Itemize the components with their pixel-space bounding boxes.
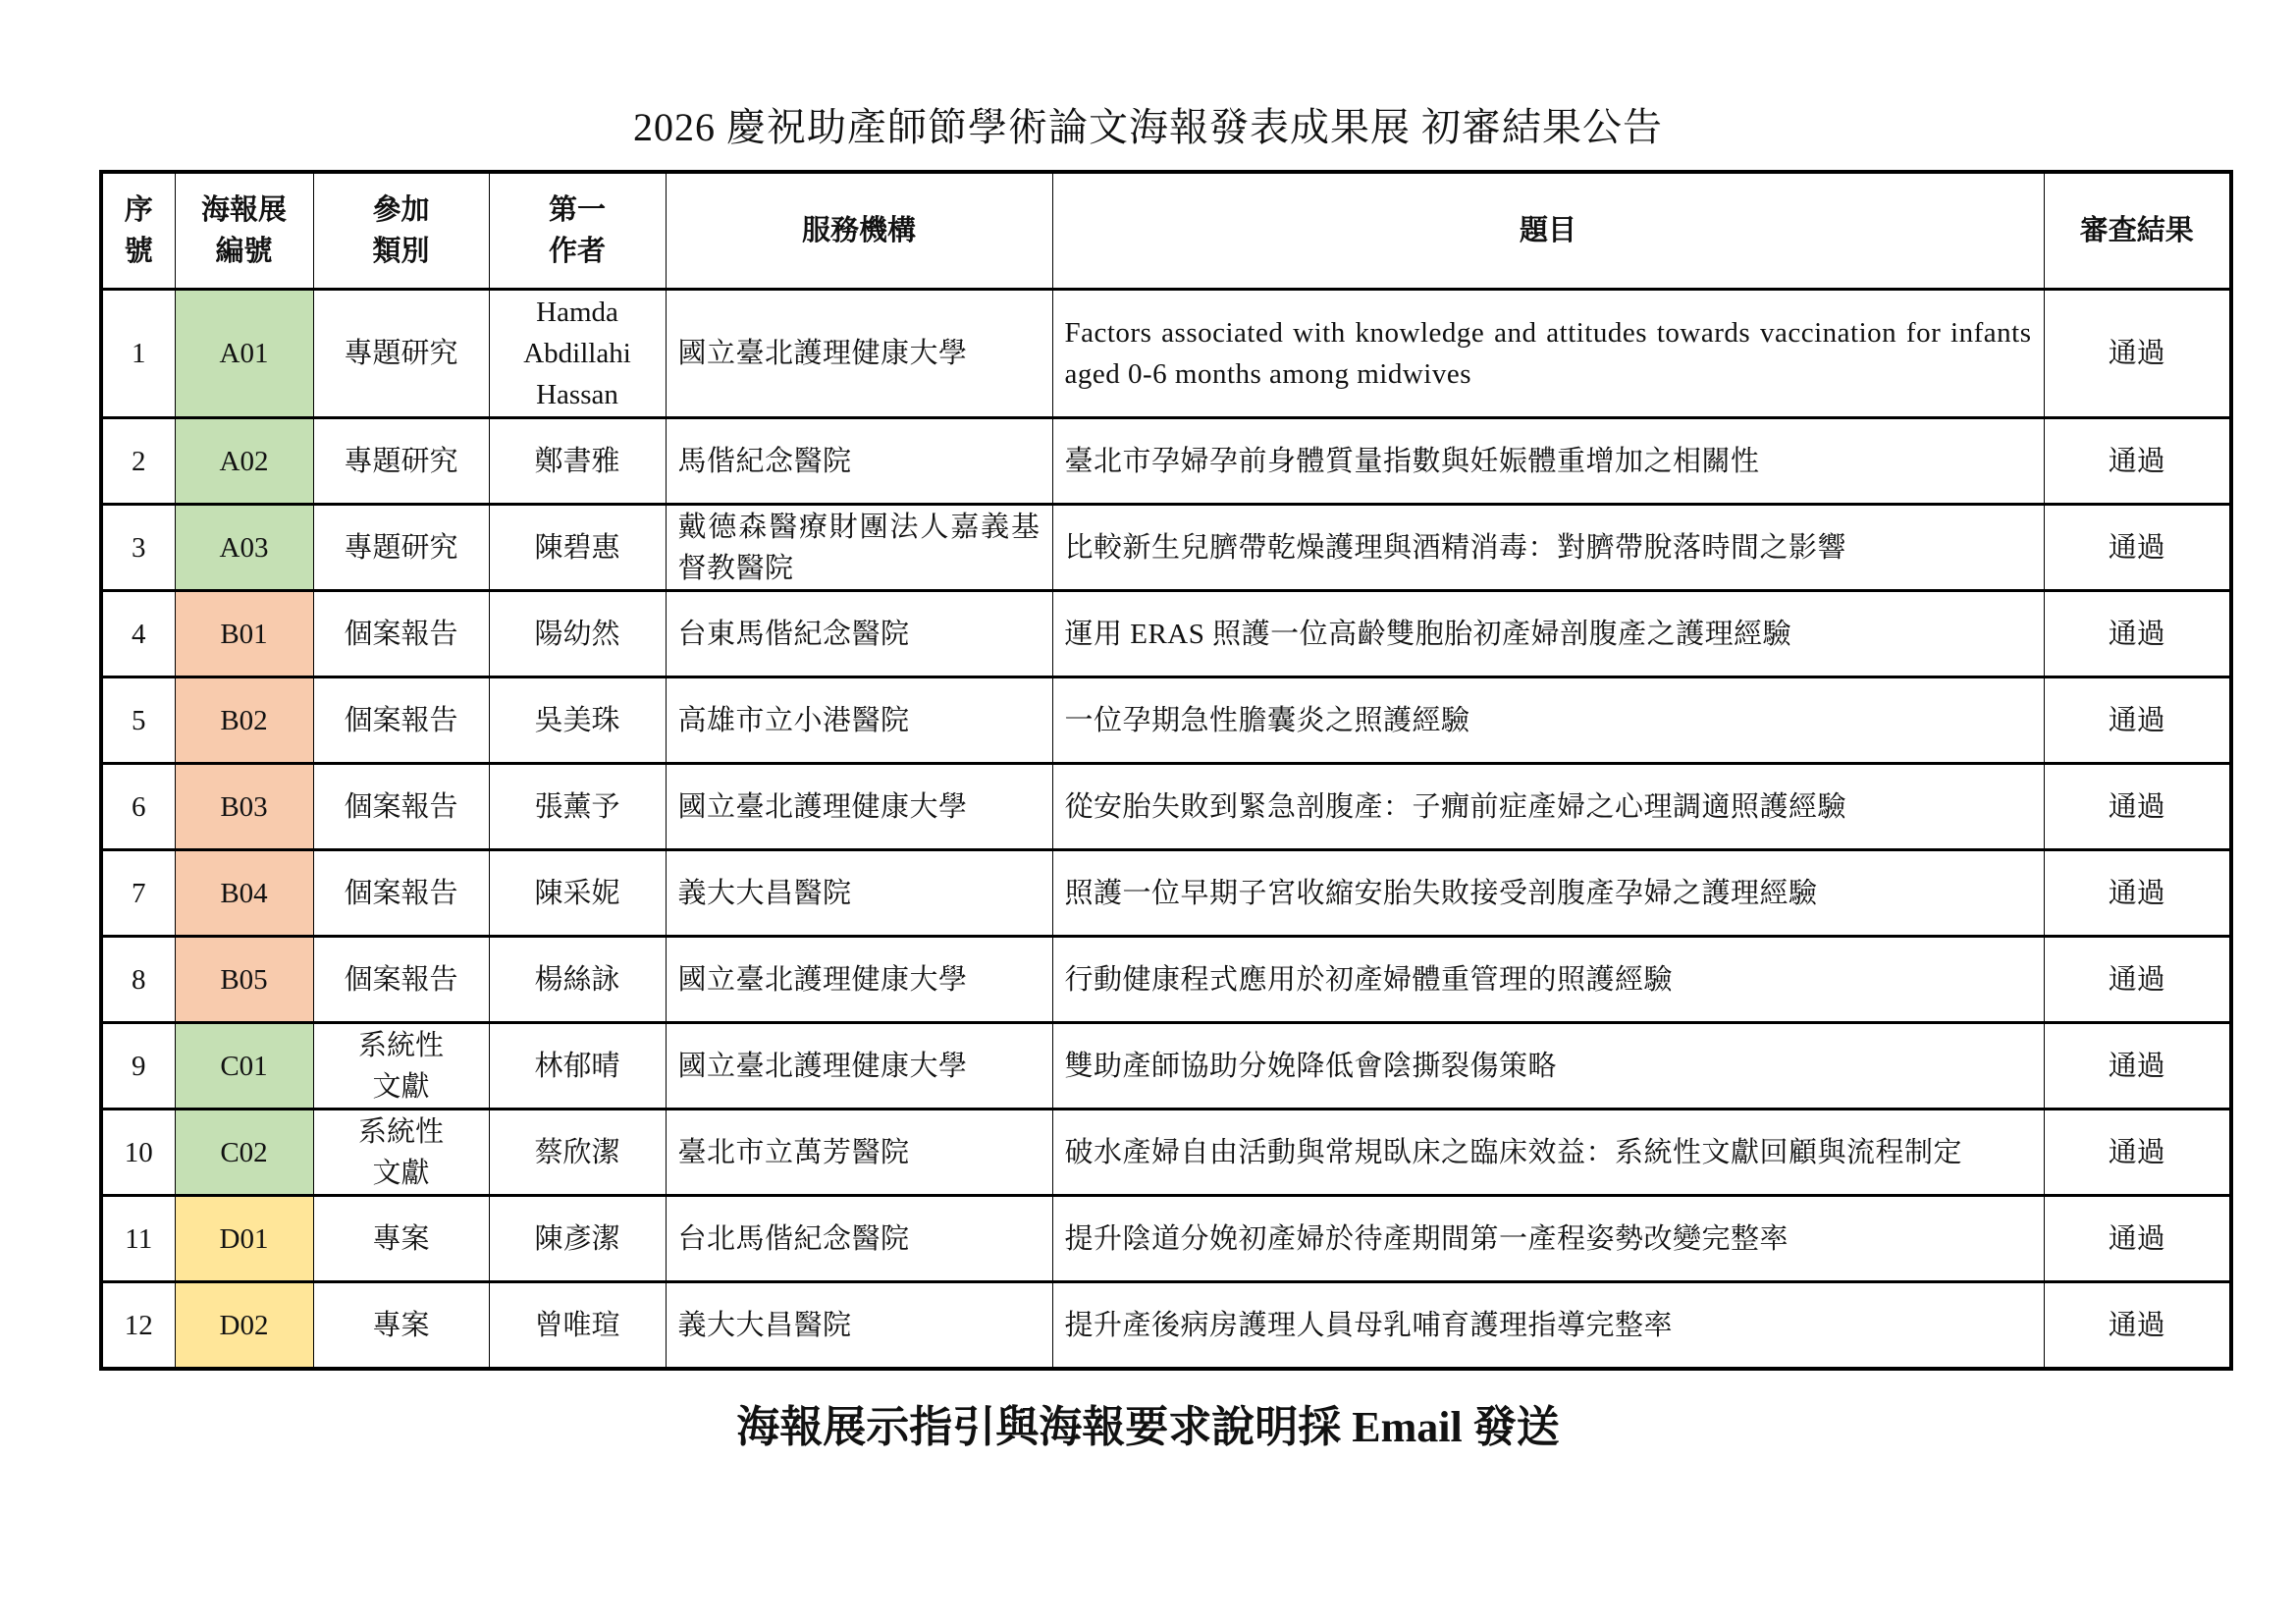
cell-seq: 12 [101, 1282, 175, 1370]
cell-result: 通過 [2044, 1023, 2231, 1110]
table-row: 10C02系統性文獻蔡欣潔臺北市立萬芳醫院破水產婦自由活動與常規臥床之臨床效益：… [101, 1110, 2231, 1196]
cell-first-author: 林郁晴 [489, 1023, 666, 1110]
table-body: 1A01專題研究Hamda Abdillahi Hassan國立臺北護理健康大學… [101, 290, 2231, 1370]
cell-institution: 戴德森醫療財團法人嘉義基督教醫院 [666, 505, 1052, 591]
cell-first-author: 張薰予 [489, 764, 666, 850]
cell-category: 個案報告 [313, 677, 489, 764]
cell-result: 通過 [2044, 1110, 2231, 1196]
cell-institution: 國立臺北護理健康大學 [666, 1023, 1052, 1110]
table-row: 9C01系統性文獻林郁晴國立臺北護理健康大學雙助產師協助分娩降低會陰撕裂傷策略通… [101, 1023, 2231, 1110]
cell-title: 提升陰道分娩初產婦於待產期間第一產程姿勢改變完整率 [1052, 1196, 2044, 1282]
cell-institution: 義大大昌醫院 [666, 1282, 1052, 1370]
cell-first-author: 蔡欣潔 [489, 1110, 666, 1196]
cell-first-author: 吳美珠 [489, 677, 666, 764]
cell-result: 通過 [2044, 850, 2231, 937]
cell-title: 運用 ERAS 照護一位高齡雙胞胎初產婦剖腹產之護理經驗 [1052, 591, 2044, 677]
cell-category: 個案報告 [313, 937, 489, 1023]
cell-title: 從安胎失敗到緊急剖腹產：子癇前症產婦之心理調適照護經驗 [1052, 764, 2044, 850]
cell-first-author: 楊絲詠 [489, 937, 666, 1023]
cell-first-author: 陳碧惠 [489, 505, 666, 591]
cell-result: 通過 [2044, 1282, 2231, 1370]
table-row: 3A03專題研究陳碧惠戴德森醫療財團法人嘉義基督教醫院比較新生兒臍帶乾燥護理與酒… [101, 505, 2231, 591]
review-results-table: 序 號 海報展 編號 參加 類別 第一 作者 服務機構 題目 審查結果 1A01… [99, 170, 2233, 1371]
table-row: 4B01個案報告陽幼然台東馬偕紀念醫院運用 ERAS 照護一位高齡雙胞胎初產婦剖… [101, 591, 2231, 677]
cell-category: 專題研究 [313, 505, 489, 591]
cell-institution: 台東馬偕紀念醫院 [666, 591, 1052, 677]
cell-poster-id: A03 [175, 505, 313, 591]
cell-first-author: 陳彥潔 [489, 1196, 666, 1282]
cell-first-author: 鄭書雅 [489, 418, 666, 505]
cell-result: 通過 [2044, 764, 2231, 850]
cell-poster-id: D02 [175, 1282, 313, 1370]
cell-category: 個案報告 [313, 591, 489, 677]
cell-first-author: 曾唯瑄 [489, 1282, 666, 1370]
cell-title: 破水產婦自由活動與常規臥床之臨床效益：系統性文獻回顧與流程制定 [1052, 1110, 2044, 1196]
cell-institution: 國立臺北護理健康大學 [666, 764, 1052, 850]
cell-title: 比較新生兒臍帶乾燥護理與酒精消毒：對臍帶脫落時間之影響 [1052, 505, 2044, 591]
cell-poster-id: C01 [175, 1023, 313, 1110]
cell-seq: 1 [101, 290, 175, 418]
cell-institution: 臺北市立萬芳醫院 [666, 1110, 1052, 1196]
header-result: 審查結果 [2044, 172, 2231, 290]
cell-poster-id: B02 [175, 677, 313, 764]
cell-result: 通過 [2044, 505, 2231, 591]
table-row: 2A02專題研究鄭書雅馬偕紀念醫院臺北市孕婦孕前身體質量指數與妊娠體重增加之相關… [101, 418, 2231, 505]
header-poster-id: 海報展 編號 [175, 172, 313, 290]
cell-result: 通過 [2044, 591, 2231, 677]
cell-poster-id: B01 [175, 591, 313, 677]
cell-seq: 5 [101, 677, 175, 764]
cell-title: 雙助產師協助分娩降低會陰撕裂傷策略 [1052, 1023, 2044, 1110]
cell-seq: 4 [101, 591, 175, 677]
cell-poster-id: B03 [175, 764, 313, 850]
table-header-row: 序 號 海報展 編號 參加 類別 第一 作者 服務機構 題目 審查結果 [101, 172, 2231, 290]
header-institution: 服務機構 [666, 172, 1052, 290]
cell-institution: 高雄市立小港醫院 [666, 677, 1052, 764]
table-row: 6B03個案報告張薰予國立臺北護理健康大學從安胎失敗到緊急剖腹產：子癇前症產婦之… [101, 764, 2231, 850]
cell-poster-id: B05 [175, 937, 313, 1023]
cell-institution: 國立臺北護理健康大學 [666, 290, 1052, 418]
cell-title: 臺北市孕婦孕前身體質量指數與妊娠體重增加之相關性 [1052, 418, 2044, 505]
cell-seq: 3 [101, 505, 175, 591]
cell-poster-id: D01 [175, 1196, 313, 1282]
cell-institution: 馬偕紀念醫院 [666, 418, 1052, 505]
cell-result: 通過 [2044, 418, 2231, 505]
cell-seq: 6 [101, 764, 175, 850]
cell-category: 個案報告 [313, 850, 489, 937]
header-category: 參加 類別 [313, 172, 489, 290]
cell-poster-id: A02 [175, 418, 313, 505]
cell-result: 通過 [2044, 937, 2231, 1023]
table-row: 5B02個案報告吳美珠高雄市立小港醫院一位孕期急性膽囊炎之照護經驗通過 [101, 677, 2231, 764]
cell-seq: 11 [101, 1196, 175, 1282]
header-first-author: 第一 作者 [489, 172, 666, 290]
table-row: 8B05個案報告楊絲詠國立臺北護理健康大學行動健康程式應用於初產婦體重管理的照護… [101, 937, 2231, 1023]
cell-title: 提升產後病房護理人員母乳哺育護理指導完整率 [1052, 1282, 2044, 1370]
header-seq: 序 號 [101, 172, 175, 290]
cell-category: 專案 [313, 1282, 489, 1370]
cell-result: 通過 [2044, 1196, 2231, 1282]
cell-category: 專題研究 [313, 290, 489, 418]
cell-category: 專題研究 [313, 418, 489, 505]
cell-institution: 國立臺北護理健康大學 [666, 937, 1052, 1023]
cell-title: 一位孕期急性膽囊炎之照護經驗 [1052, 677, 2044, 764]
cell-poster-id: B04 [175, 850, 313, 937]
cell-poster-id: A01 [175, 290, 313, 418]
cell-first-author: Hamda Abdillahi Hassan [489, 290, 666, 418]
cell-seq: 7 [101, 850, 175, 937]
header-title: 題目 [1052, 172, 2044, 290]
cell-category: 系統性文獻 [313, 1110, 489, 1196]
cell-seq: 10 [101, 1110, 175, 1196]
cell-title: 行動健康程式應用於初產婦體重管理的照護經驗 [1052, 937, 2044, 1023]
table-row: 11D01專案陳彥潔台北馬偕紀念醫院提升陰道分娩初產婦於待產期間第一產程姿勢改變… [101, 1196, 2231, 1282]
cell-institution: 義大大昌醫院 [666, 850, 1052, 937]
cell-first-author: 陳采妮 [489, 850, 666, 937]
cell-result: 通過 [2044, 290, 2231, 418]
cell-poster-id: C02 [175, 1110, 313, 1196]
cell-first-author: 陽幼然 [489, 591, 666, 677]
cell-seq: 8 [101, 937, 175, 1023]
cell-result: 通過 [2044, 677, 2231, 764]
table-row: 12D02專案曾唯瑄義大大昌醫院提升產後病房護理人員母乳哺育護理指導完整率通過 [101, 1282, 2231, 1370]
cell-seq: 9 [101, 1023, 175, 1110]
table-row: 1A01專題研究Hamda Abdillahi Hassan國立臺北護理健康大學… [101, 290, 2231, 418]
table-row: 7B04個案報告陳采妮義大大昌醫院照護一位早期子宮收縮安胎失敗接受剖腹產孕婦之護… [101, 850, 2231, 937]
cell-title: Factors associated with knowledge and at… [1052, 290, 2044, 418]
footer-note: 海報展示指引與海報要求說明採 Email 發送 [0, 1398, 2296, 1457]
cell-title: 照護一位早期子宮收縮安胎失敗接受剖腹產孕婦之護理經驗 [1052, 850, 2044, 937]
cell-seq: 2 [101, 418, 175, 505]
cell-category: 專案 [313, 1196, 489, 1282]
cell-category: 系統性文獻 [313, 1023, 489, 1110]
cell-category: 個案報告 [313, 764, 489, 850]
cell-institution: 台北馬偕紀念醫院 [666, 1196, 1052, 1282]
page-title: 2026 慶祝助產師節學術論文海報發表成果展 初審結果公告 [0, 100, 2296, 155]
